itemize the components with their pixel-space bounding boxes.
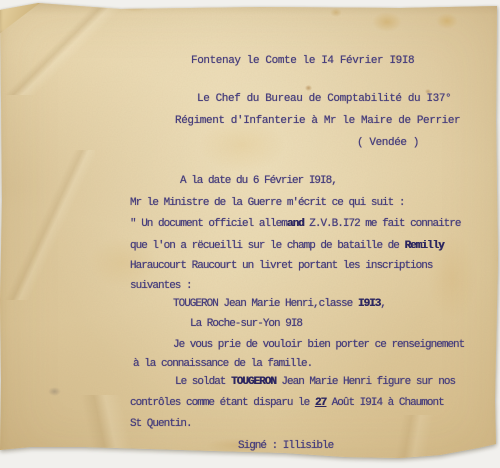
- text-segment: St Quentin.: [130, 418, 192, 430]
- text-segment: Août I9I4 à Chaumont: [326, 397, 444, 409]
- text-segment: Fontenay le Comte le I4 Février I9I8: [191, 55, 414, 67]
- sender-line-2: Régiment d'Infanterie à Mr le Maire de P…: [175, 115, 460, 127]
- paper-shadow: Fontenay le Comte le I4 Février I9I8Le C…: [0, 0, 500, 468]
- inscription-name: TOUGERON Jean Marie Henri,classe I9I3,: [173, 298, 386, 310]
- text-segment: Haraucourt Raucourt un livret portant le…: [130, 260, 432, 272]
- body-line-11: St Quentin.: [130, 418, 192, 430]
- text-segment: La Roche-sur-Yon 9I8: [190, 318, 302, 330]
- text-segment: Z.V.B.I72 me fait connaitre: [304, 218, 461, 230]
- body-line-4: que l'on a rëcueilli sur le champ de bat…: [130, 240, 444, 252]
- text-segment: and: [287, 218, 304, 230]
- text-segment: Mr le Ministre de la Guerre m'écrit ce q…: [130, 197, 404, 209]
- body-line-9: Le soldat TOUGERON Jean Marie Henri figu…: [175, 376, 455, 388]
- sender-location: ( Vendée ): [357, 137, 419, 149]
- text-segment: " Un document officiel allem: [130, 218, 287, 230]
- body-line-6: suivantes :: [130, 280, 192, 292]
- body-line-1: A la date du 6 Février I9I8,: [180, 175, 337, 187]
- date-line: Fontenay le Comte le I4 Février I9I8: [191, 55, 414, 67]
- body-line-10: contrôles comme étant disparu le 27 Août…: [130, 397, 444, 409]
- text-segment: à la connaissance de la famille.: [133, 358, 312, 370]
- text-segment: Régiment d'Infanterie à Mr le Maire de P…: [175, 115, 460, 127]
- body-line-7: Je vous prie de vouloir bien porter ce r…: [173, 339, 464, 351]
- text-segment: Je vous prie de vouloir bien porter ce r…: [173, 339, 464, 351]
- text-segment: Le soldat: [175, 376, 231, 388]
- body-line-5: Haraucourt Raucourt un livret portant le…: [130, 260, 432, 272]
- sender-line-1: Le Chef du Bureau de Comptabilité du I37…: [197, 93, 451, 105]
- text-segment: 27: [315, 397, 326, 409]
- text-segment: Signé : Illisible: [238, 440, 333, 452]
- body-line-2: Mr le Ministre de la Guerre m'écrit ce q…: [130, 197, 404, 209]
- text-segment: contrôles comme étant disparu le: [130, 397, 315, 409]
- text-segment: Jean Marie Henri figure sur nos: [276, 376, 455, 388]
- text-segment: que l'on a rëcueilli sur le champ de bat…: [130, 240, 404, 252]
- text-segment: Remilly: [404, 240, 443, 252]
- text-segment: A la date du 6 Février I9I8,: [180, 175, 337, 187]
- text-segment: ( Vendée ): [357, 137, 419, 149]
- letter-photo: Fontenay le Comte le I4 Février I9I8Le C…: [0, 0, 500, 468]
- body-line-3: " Un document officiel allemand Z.V.B.I7…: [130, 218, 461, 230]
- letter-paper: Fontenay le Comte le I4 Février I9I8Le C…: [0, 0, 500, 468]
- text-segment: Le Chef du Bureau de Comptabilité du I37…: [197, 93, 451, 105]
- text-segment: ,: [380, 298, 386, 310]
- signature-line: Signé : Illisible: [238, 440, 333, 452]
- body-line-8: à la connaissance de la famille.: [133, 358, 312, 370]
- inscription-place: La Roche-sur-Yon 9I8: [190, 318, 302, 330]
- text-segment: suivantes :: [130, 280, 192, 292]
- letter-body: Fontenay le Comte le I4 Février I9I8Le C…: [0, 0, 500, 468]
- text-segment: TOUGERON: [231, 376, 276, 388]
- text-segment: TOUGERON Jean Marie Henri,classe: [173, 298, 358, 310]
- text-segment: I9I3: [358, 298, 380, 310]
